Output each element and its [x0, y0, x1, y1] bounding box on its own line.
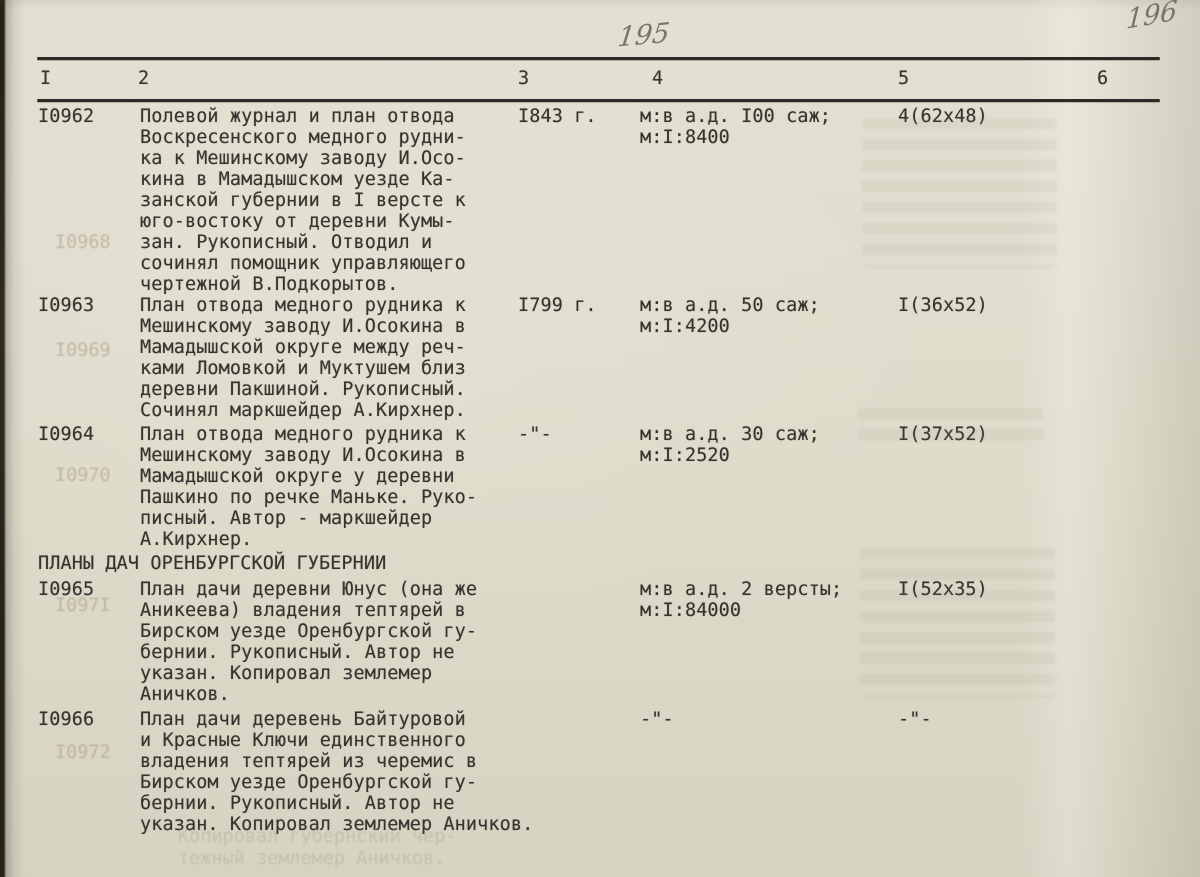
entry-scale: м:в а.д. 2 версты; м:I:84000: [640, 579, 880, 621]
entry-number: I0963: [38, 295, 94, 316]
entry-number: I0964: [38, 424, 94, 445]
entry-scale: м:в а.д. 30 саж; м:I:2520: [640, 424, 880, 466]
entry-scale: м:в а.д. I00 саж; м:I:8400: [640, 106, 880, 148]
entry-description: План дачи деревень Байтуровой и Красные …: [140, 709, 552, 835]
entry-quantity-size: I(36x52): [898, 295, 1068, 316]
entry-description: План отвода медного рудника к Мешинскому…: [140, 424, 552, 550]
bleed-through-smudge: [860, 548, 1055, 698]
column-header-1: I: [40, 68, 51, 89]
entry-number: I0966: [38, 709, 94, 730]
bleed-through-entry-number: I0968: [55, 232, 111, 253]
entry-description: План дачи деревни Юнус (она же Аникеева)…: [140, 579, 552, 705]
bleed-through-entry-number: I0970: [55, 465, 111, 486]
table-rule-top: [37, 57, 1160, 60]
column-header-5: 5: [898, 68, 909, 89]
penciled-page-number-center: 195: [616, 18, 671, 54]
bleed-through-smudge: [862, 118, 1057, 268]
column-header-6: 6: [1097, 68, 1108, 89]
entry-date: I799 г.: [518, 295, 638, 316]
entry-number: I0962: [38, 106, 94, 127]
entry-date: -"-: [518, 424, 638, 445]
entry-description: План отвода медного рудника к Мешинскому…: [140, 295, 552, 421]
table-rule-under-headers: [37, 99, 1160, 102]
bleed-through-text: Копировал губернский чер- тежный землеме…: [178, 826, 598, 870]
entry-scale: м:в а.д. 50 саж; м:I:4200: [640, 295, 880, 337]
section-header: ПЛАНЫ ДАЧ ОРЕНБУРГСКОЙ ГУБЕРНИИ: [38, 553, 386, 574]
penciled-page-number-corner: 196: [1125, 0, 1178, 36]
bleed-through-smudge: [858, 408, 1043, 448]
archive-inventory-page: 195 196 I 2 3 4 5 6 I0962 Полевой журнал…: [0, 0, 1200, 877]
entry-description: Полевой журнал и план отвода Воскресенск…: [140, 106, 552, 295]
entry-date: I843 г.: [518, 106, 638, 127]
column-header-3: 3: [518, 68, 529, 89]
bleed-through-entry-number: I097I: [55, 595, 111, 616]
bleed-through-entry-number: I0972: [55, 742, 111, 763]
entry-quantity-size-ditto: -"-: [898, 709, 1068, 730]
bleed-through-entry-number: I0969: [55, 340, 111, 361]
column-header-4: 4: [652, 68, 663, 89]
entry-scale-ditto: -"-: [640, 709, 880, 730]
column-header-2: 2: [138, 68, 149, 89]
